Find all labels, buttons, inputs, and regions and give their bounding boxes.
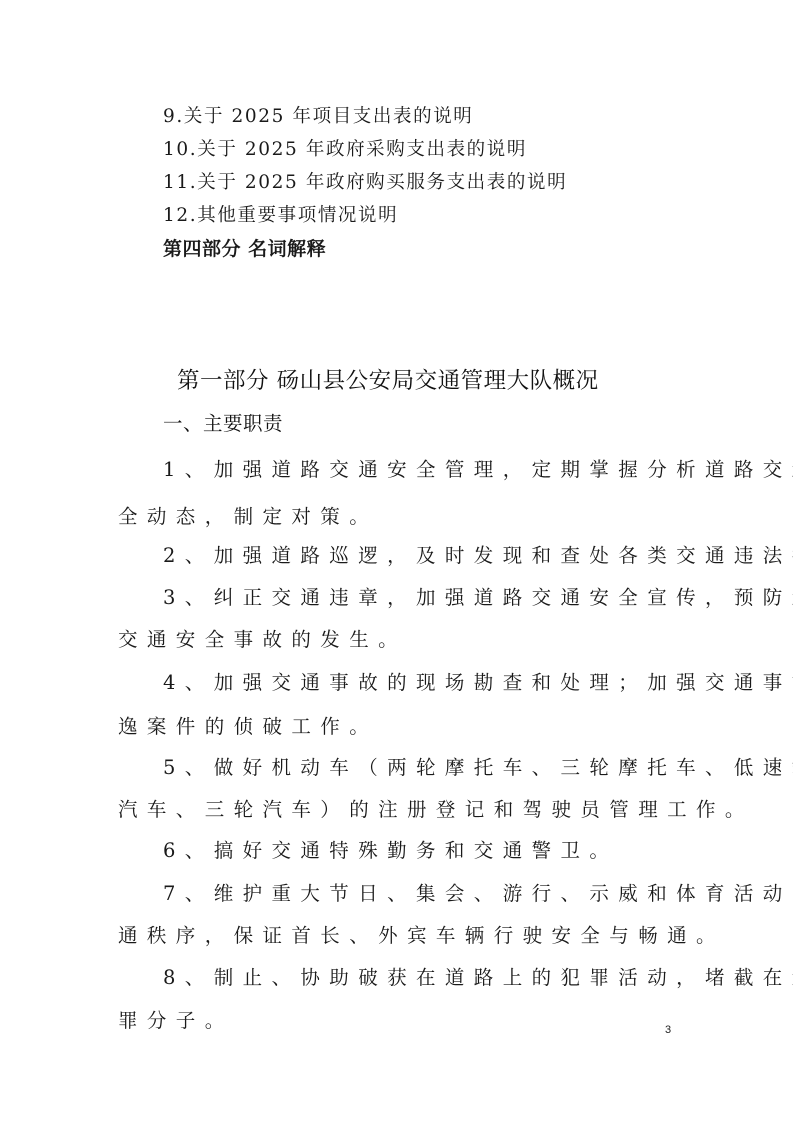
section-heading: 一、主要职责 — [163, 409, 283, 439]
toc-item-12: 12.其他重要事项情况说明 — [163, 201, 398, 231]
page-number: 3 — [665, 1024, 671, 1036]
part-title: 第一部分 砀山县公安局交通管理大队概况 — [177, 364, 599, 398]
duty-7-line-1: 7、维护重大节日、集会、游行、示威和体育活动的交 — [163, 878, 793, 910]
duty-1-line-2: 全动态，制定对策。 — [118, 501, 378, 533]
duty-5-line-2: 汽车、三轮汽车）的注册登记和驾驶员管理工作。 — [118, 794, 754, 826]
duty-2-line-1: 2、加强道路巡逻，及时发现和查处各类交通违法行为。 — [163, 540, 793, 572]
toc-item-11: 11.关于 2025 年政府购买服务支出表的说明 — [163, 168, 567, 198]
toc-item-9: 9.关于 2025 年项目支出表的说明 — [163, 102, 473, 132]
toc-item-10: 10.关于 2025 年政府采购支出表的说明 — [163, 135, 527, 165]
duty-7-line-2: 通秩序，保证首长、外宾车辆行驶安全与畅通。 — [118, 920, 725, 952]
duty-4-line-2: 逸案件的侦破工作。 — [118, 711, 378, 743]
duty-3-line-1: 3、纠正交通违章，加强道路交通安全宣传，预防道路 — [163, 582, 793, 614]
duty-8-line-2: 罪分子。 — [118, 1005, 234, 1037]
duty-8-line-1: 8、制止、协助破获在道路上的犯罪活动，堵截在逃犯 — [163, 962, 793, 994]
duty-6-line-1: 6、搞好交通特殊勤务和交通警卫。 — [163, 835, 618, 867]
duty-5-line-1: 5、做好机动车（两轮摩托车、三轮摩托车、低速载货 — [163, 752, 793, 784]
toc-part4-heading: 第四部分 名词解释 — [163, 234, 326, 264]
duty-4-line-1: 4、加强交通事故的现场勘查和处理；加强交通事故逃 — [163, 667, 793, 699]
duty-1-line-1: 1、加强道路交通安全管理，定期掌握分析道路交通安 — [163, 454, 793, 486]
duty-3-line-2: 交通安全事故的发生。 — [118, 624, 407, 656]
